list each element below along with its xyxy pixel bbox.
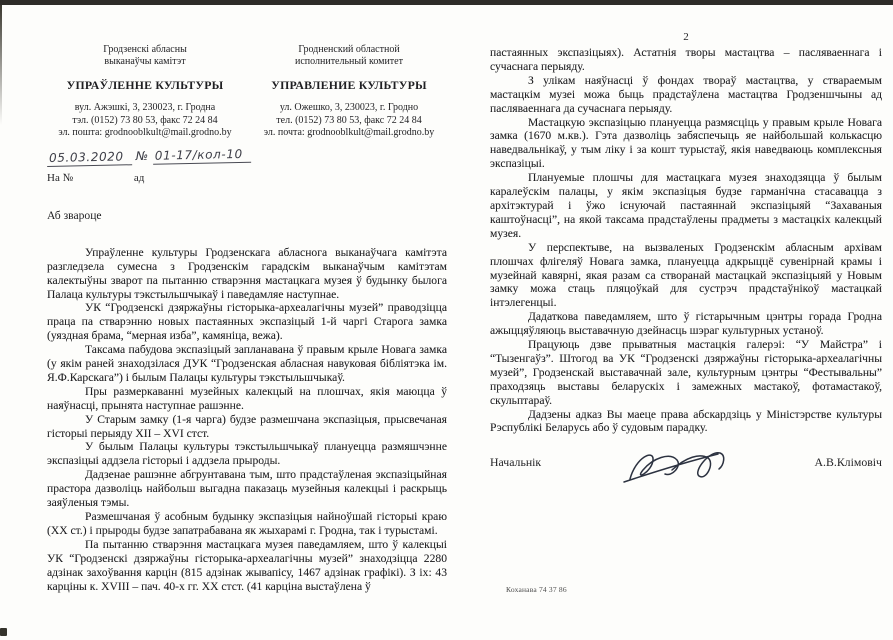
number-sign: № bbox=[136, 149, 149, 163]
ad-label: ад bbox=[134, 172, 144, 184]
phone-line: тел. (0152) 73 80 53, факс 72 24 84 bbox=[251, 115, 447, 128]
body-paragraph: З улікам наяўнасці ў фондах твораў маста… bbox=[490, 74, 882, 116]
body-paragraph: Таксама пабудова экспазіцый запланавана … bbox=[47, 343, 447, 385]
body-paragraph: Упраўленне культуры Гродзенскага абласно… bbox=[47, 246, 447, 302]
body-paragraph: УК “Гродзенскі дзяржаўны гісторыка-археа… bbox=[47, 301, 447, 343]
page-number: 2 bbox=[490, 32, 882, 43]
department-title: УПРАЎЛЕННЕ КУЛЬТУРЫ bbox=[47, 78, 243, 93]
body-paragraph: Па пытанню стварэння мастацкага музея па… bbox=[47, 538, 447, 594]
letter-page-1: Гродзенскі абласны выканаўчы камітэт УПР… bbox=[47, 44, 447, 593]
body-paragraph: У Старым замку (1-я чарга) будзе размешч… bbox=[47, 413, 447, 441]
email-line: эл. пошта: grodnooblkult@mail.grodno.by bbox=[47, 127, 243, 140]
body-paragraph: Дадзены адказ Вы маеце права абскардзіць… bbox=[490, 408, 882, 436]
body-paragraph: У перспектыве, на вызваленых Гродзенскім… bbox=[490, 241, 882, 311]
phone-line: тэл. (0152) 73 80 53, факс 72 24 84 bbox=[47, 115, 243, 128]
body-paragraph: пастаянных экспазіцыях). Астатнія творы … bbox=[490, 46, 882, 74]
incoming-reference-line: На № ад bbox=[47, 172, 447, 184]
letterhead-russian: Гродненский областной исполнительный ком… bbox=[251, 44, 447, 140]
signer-name: А.В.Клімовіч bbox=[815, 455, 882, 470]
scan-edge-left bbox=[0, 5, 2, 125]
scan-corner-mark bbox=[0, 628, 7, 636]
handwritten-outgoing-number: 01-17/кол-10 bbox=[153, 147, 251, 165]
subject-line: Аб звароце bbox=[47, 209, 447, 222]
body-paragraph: Працуюць дзве прыватныя мастацкія галерэ… bbox=[490, 338, 882, 408]
org-name-line1: Гродненский областной bbox=[251, 44, 447, 56]
address-line: вул. Ажэшкі, 3, 230023, г. Гродна bbox=[47, 102, 243, 115]
letterhead-belarusian: Гродзенскі абласны выканаўчы камітэт УПР… bbox=[47, 44, 243, 140]
org-name-line2: выканаўчы камітэт bbox=[47, 56, 243, 68]
signer-title: Начальнік bbox=[490, 455, 541, 470]
body-paragraph: Дадаткова паведамляем, што ў гістарычным… bbox=[490, 310, 882, 338]
org-name-line2: исполнительный комитет bbox=[251, 56, 447, 68]
reference-line: 05.03.2020 № 01-17/кол-10 bbox=[47, 140, 447, 166]
department-title: УПРАВЛЕНИЕ КУЛЬТУРЫ bbox=[251, 78, 447, 93]
body-paragraph: Мастацкую экспазіцыю плануецца размясціц… bbox=[490, 116, 882, 172]
signature bbox=[620, 445, 750, 491]
letter-page-2: 2 пастаянных экспазіцыях). Астатнія твор… bbox=[490, 32, 882, 491]
body-paragraph: У былым Палацы культуры тэкстыльшчыкаў п… bbox=[47, 440, 447, 468]
signature-row: Начальнік А.В.Клімовіч bbox=[490, 455, 882, 491]
body-paragraph: Плануемые плошчы для мастацкага музея зн… bbox=[490, 171, 882, 241]
na-number-label: На № bbox=[47, 172, 73, 184]
address-line: ул. Ожешко, 3, 230023, г. Гродно bbox=[251, 102, 447, 115]
handwritten-date: 05.03.2020 bbox=[47, 149, 132, 167]
body-paragraph: Дадзенае рашэнне абгрунтавана тым, што п… bbox=[47, 468, 447, 510]
body-paragraph: Пры размеркаванні музейных калекцый на п… bbox=[47, 385, 447, 413]
letterhead: Гродзенскі абласны выканаўчы камітэт УПР… bbox=[47, 44, 447, 140]
scan-edge-top bbox=[0, 0, 893, 5]
executor-contact: Коханава 74 37 86 bbox=[506, 585, 567, 594]
body-paragraph: Размешчаная ў асобным будынку экспазіцыя… bbox=[47, 510, 447, 538]
email-line: эл. почта: grodnooblkult@mail.grodno.by bbox=[251, 127, 447, 140]
org-name-line1: Гродзенскі абласны bbox=[47, 44, 243, 56]
